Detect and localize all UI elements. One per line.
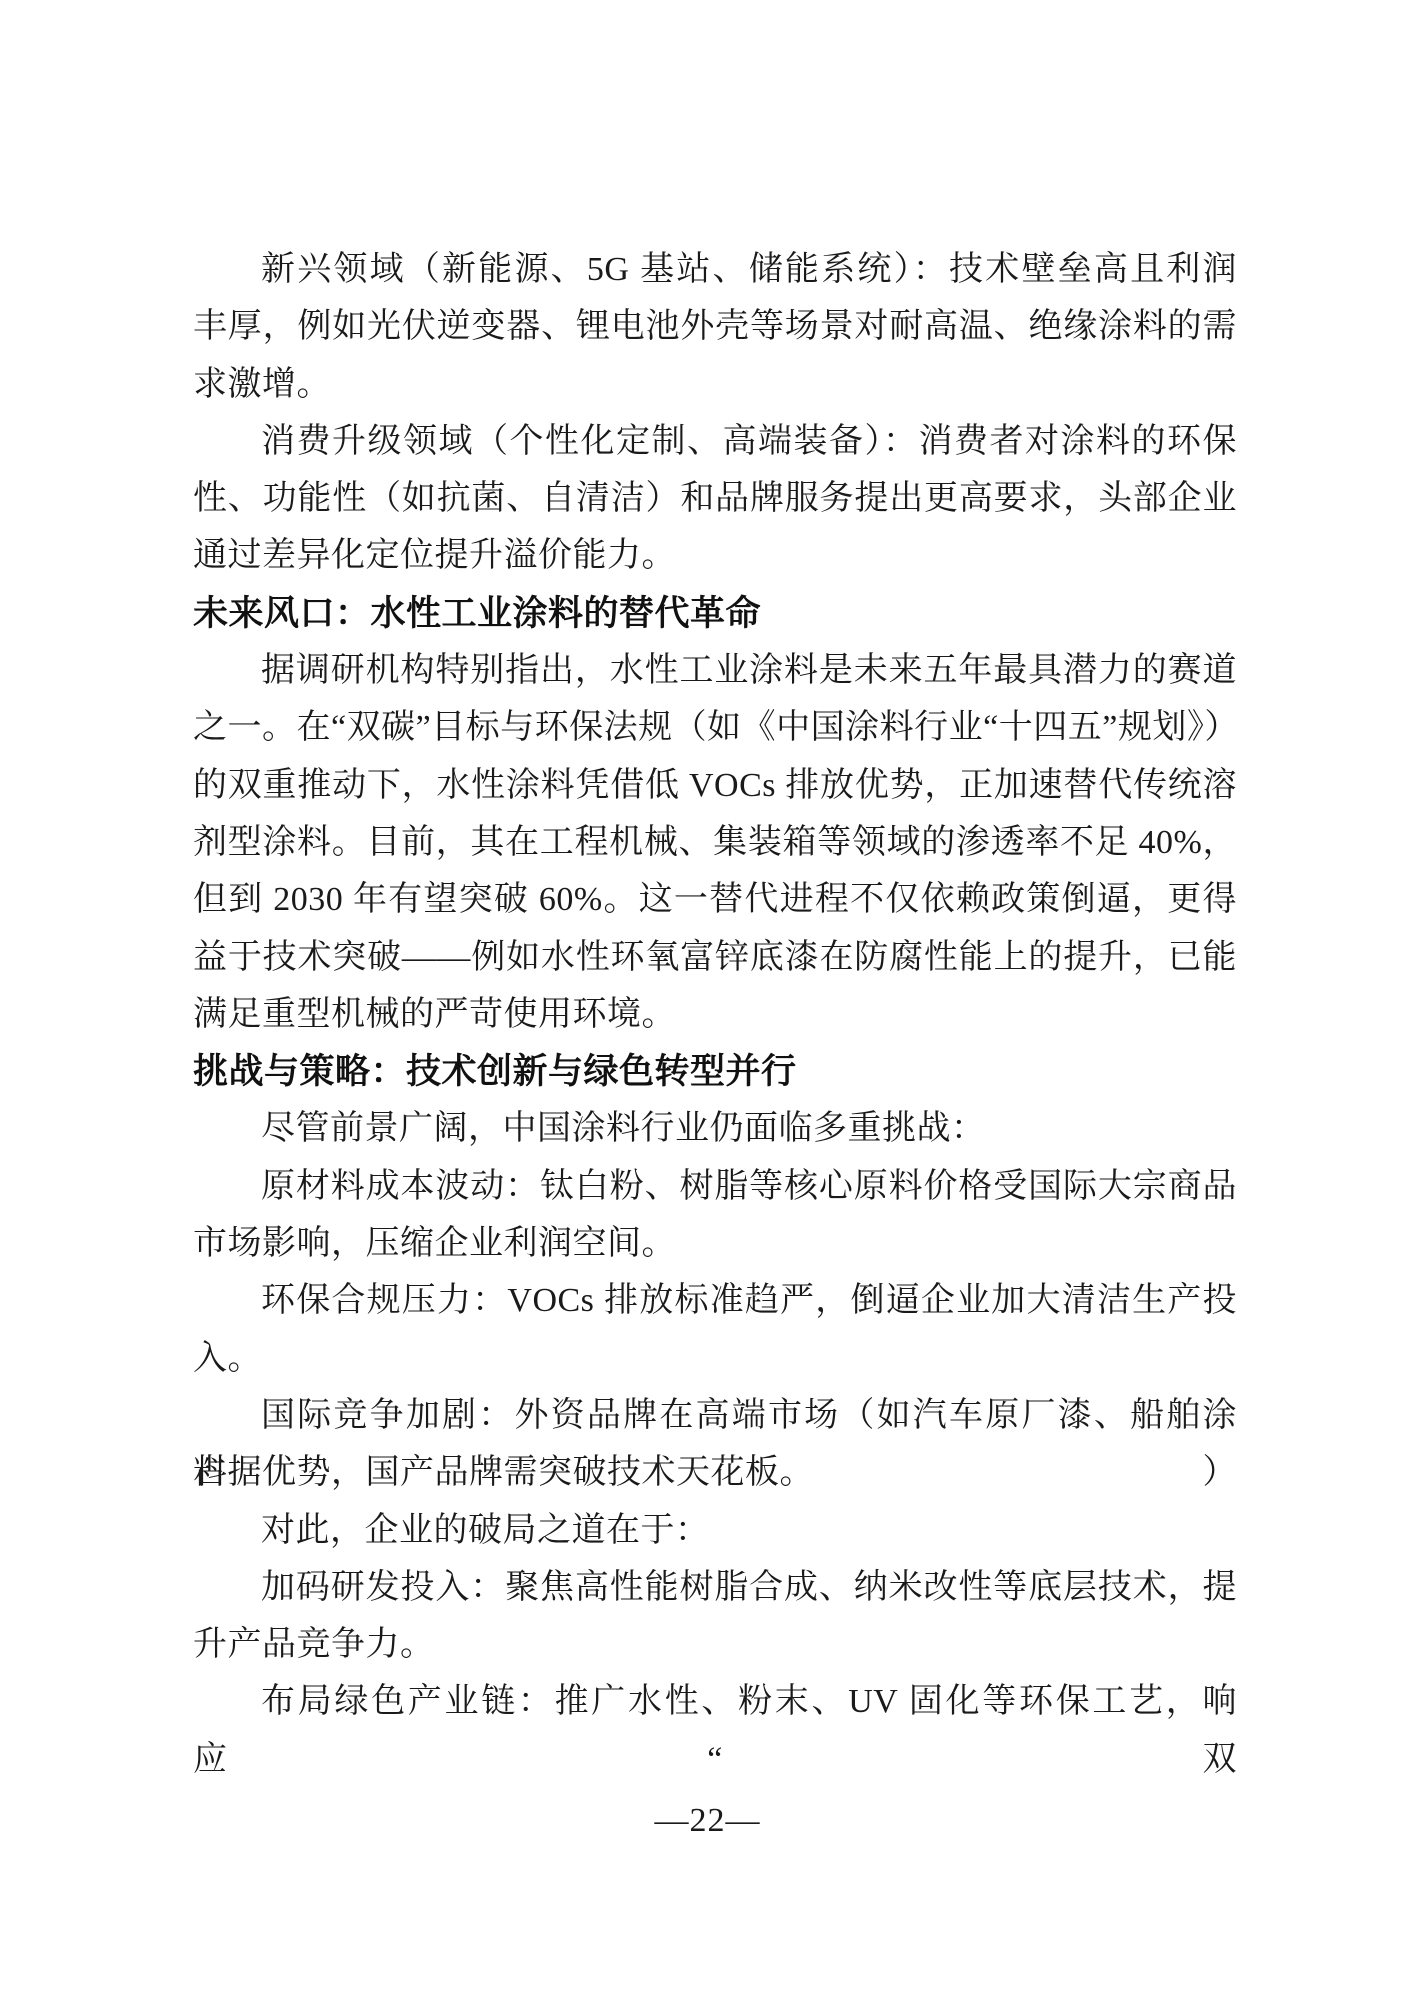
section-heading: 未来风口：水性工业涂料的替代革命 <box>193 585 1237 642</box>
page-number: —22— <box>0 1802 1415 1840</box>
document-page: 新兴领域（新能源、5G 基站、储能系统）：技术壁垒高且利润 丰厚，例如光伏逆变器… <box>0 0 1415 2000</box>
text-line: 国际竞争加剧：外资品牌在高端市场（如汽车原厂漆、船舶涂料） <box>193 1387 1237 1444</box>
text-line: 但到 2030 年有望突破 60%。这一替代进程不仅依赖政策倒逼，更得 <box>193 871 1237 928</box>
text-line: 市场影响，压缩企业利润空间。 <box>193 1215 1237 1272</box>
text-line: 升产品竞争力。 <box>193 1616 1237 1673</box>
text-line: 据调研机构特别指出，水性工业涂料是未来五年最具潜力的赛道 <box>193 642 1237 699</box>
text-line: 消费升级领域（个性化定制、高端装备）：消费者对涂料的环保 <box>193 413 1237 470</box>
text-line: 原材料成本波动：钛白粉、树脂等核心原料价格受国际大宗商品 <box>193 1158 1237 1215</box>
document-body: 新兴领域（新能源、5G 基站、储能系统）：技术壁垒高且利润 丰厚，例如光伏逆变器… <box>193 241 1237 1731</box>
text-line: 丰厚，例如光伏逆变器、锂电池外壳等场景对耐高温、绝缘涂料的需 <box>193 298 1237 355</box>
text-line: 益于技术突破——例如水性环氧富锌底漆在防腐性能上的提升，已能 <box>193 929 1237 986</box>
text-line: 之一。在“双碳”目标与环保法规（如《中国涂料行业“十四五”规划》） <box>193 699 1237 756</box>
text-line: 的双重推动下，水性涂料凭借低 VOCs 排放优势，正加速替代传统溶 <box>193 757 1237 814</box>
text-line: 剂型涂料。目前，其在工程机械、集装箱等领域的渗透率不足 40%， <box>193 814 1237 871</box>
text-line: 布局绿色产业链：推广水性、粉末、UV 固化等环保工艺，响应“双 <box>193 1673 1237 1730</box>
text-line: 满足重型机械的严苛使用环境。 <box>193 986 1237 1043</box>
text-line: 求激增。 <box>193 356 1237 413</box>
text-line: 尽管前景广阔，中国涂料行业仍面临多重挑战： <box>193 1100 1237 1157</box>
text-line: 对此，企业的破局之道在于： <box>193 1502 1237 1559</box>
text-line: 性、功能性（如抗菌、自清洁）和品牌服务提出更高要求，头部企业 <box>193 470 1237 527</box>
text-line: 加码研发投入：聚焦高性能树脂合成、纳米改性等底层技术，提 <box>193 1559 1237 1616</box>
text-line: 通过差异化定位提升溢价能力。 <box>193 527 1237 584</box>
text-line: 入。 <box>193 1330 1237 1387</box>
text-line: 环保合规压力：VOCs 排放标准趋严，倒逼企业加大清洁生产投 <box>193 1272 1237 1329</box>
section-heading: 挑战与策略：技术创新与绿色转型并行 <box>193 1043 1237 1100</box>
text-line: 新兴领域（新能源、5G 基站、储能系统）：技术壁垒高且利润 <box>193 241 1237 298</box>
